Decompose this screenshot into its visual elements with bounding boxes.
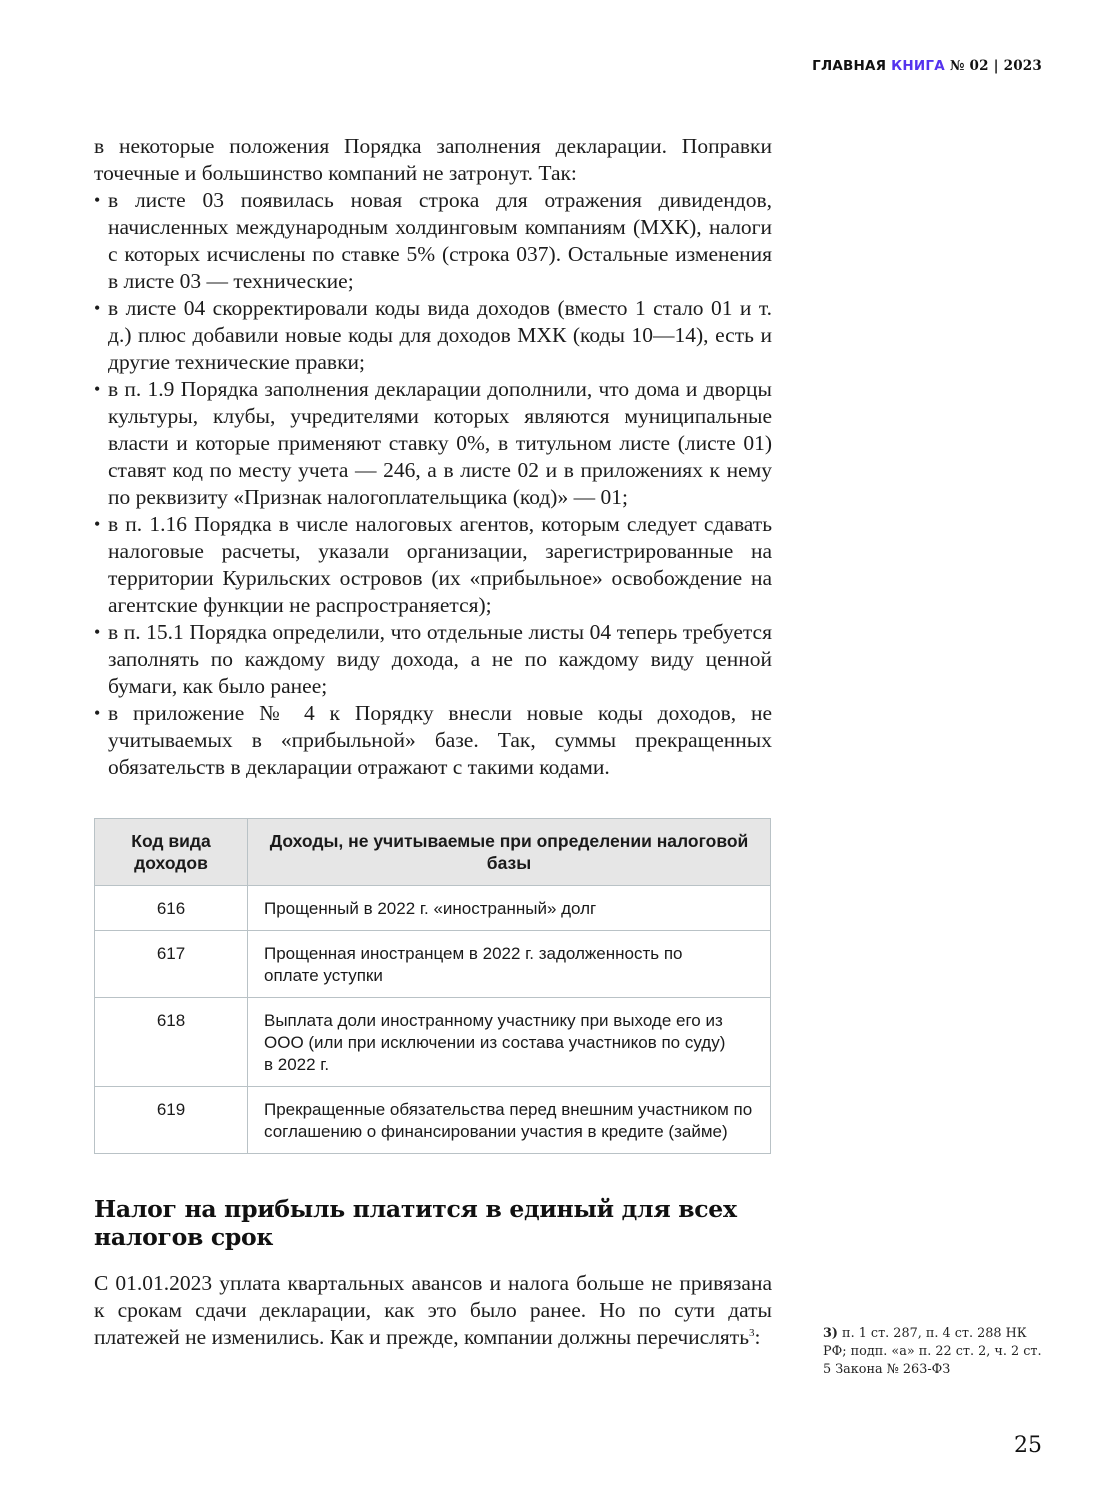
brand-name: ГЛАВНАЯ	[812, 58, 886, 74]
table-row: 617 Прощенная иностранцем в 2022 г. задо…	[95, 931, 771, 998]
cell-description-text: Прекращенные обязательства перед внешним…	[264, 1099, 754, 1143]
footnote-text: п. 1 ст. 287, п. 4 ст. 288 НК РФ; подп. …	[823, 1326, 1042, 1377]
cell-code: 617	[95, 931, 248, 998]
cell-description: Выплата доли иностранному участнику при …	[248, 998, 771, 1087]
section-paragraph: С 01.01.2023 уплата квартальных авансов …	[94, 1270, 772, 1351]
masthead: ГЛАВНАЯ КНИГА № 02 | 2023	[812, 58, 1042, 74]
list-item: в листе 03 появилась новая строка для от…	[94, 187, 772, 295]
cell-code: 618	[95, 998, 248, 1087]
column-header-code: Код вида доходов	[95, 819, 248, 886]
cell-description: Прекращенные обязательства перед внешним…	[248, 1087, 771, 1154]
table-row: 619 Прекращенные обязательства перед вне…	[95, 1087, 771, 1154]
income-codes-table: Код вида доходов Доходы, не учитываемые …	[94, 818, 771, 1154]
intro-paragraph: в некоторые положения Порядка заполнения…	[94, 133, 772, 187]
cell-description-text: Прощенная иностранцем в 2022 г. задолжен…	[264, 943, 694, 987]
brand-name-accent: КНИГА	[891, 58, 945, 74]
table-header-row: Код вида доходов Доходы, не учитываемые …	[95, 819, 771, 886]
footnote: 3) п. 1 ст. 287, п. 4 ст. 288 НК РФ; под…	[823, 1325, 1053, 1379]
intro-section: в некоторые положения Порядка заполнения…	[94, 133, 772, 781]
list-item: в п. 1.16 Порядка в числе налоговых аген…	[94, 511, 772, 619]
cell-description-text: Выплата доли иностранному участнику при …	[264, 1010, 734, 1076]
footnote-marker: 3)	[823, 1326, 838, 1341]
list-item: в приложение № 4 к Порядку внесли новые …	[94, 700, 772, 781]
page-number: 25	[1014, 1433, 1042, 1458]
section-heading: Налог на прибыль платится в единый для в…	[94, 1195, 774, 1251]
section-body: С 01.01.2023 уплата квартальных авансов …	[94, 1270, 772, 1351]
section-paragraph-end: :	[755, 1325, 761, 1349]
changes-list: в листе 03 появилась новая строка для от…	[94, 187, 772, 781]
table-row: 616 Прощенный в 2022 г. «иностранный» до…	[95, 886, 771, 931]
table-row: 618 Выплата доли иностранному участнику …	[95, 998, 771, 1087]
section-paragraph-text: С 01.01.2023 уплата квартальных авансов …	[94, 1271, 772, 1349]
cell-description: Прощенная иностранцем в 2022 г. задолжен…	[248, 931, 771, 998]
cell-code: 619	[95, 1087, 248, 1154]
column-header-description: Доходы, не учитываемые при определении н…	[248, 819, 771, 886]
list-item: в п. 15.1 Порядка определили, что отдель…	[94, 619, 772, 700]
issue-number: № 02 | 2023	[950, 58, 1042, 74]
list-item: в листе 04 скорректировали коды вида дох…	[94, 295, 772, 376]
cell-code: 616	[95, 886, 248, 931]
list-item: в п. 1.9 Порядка заполнения декларации д…	[94, 376, 772, 511]
cell-description: Прощенный в 2022 г. «иностранный» долг	[248, 886, 771, 931]
